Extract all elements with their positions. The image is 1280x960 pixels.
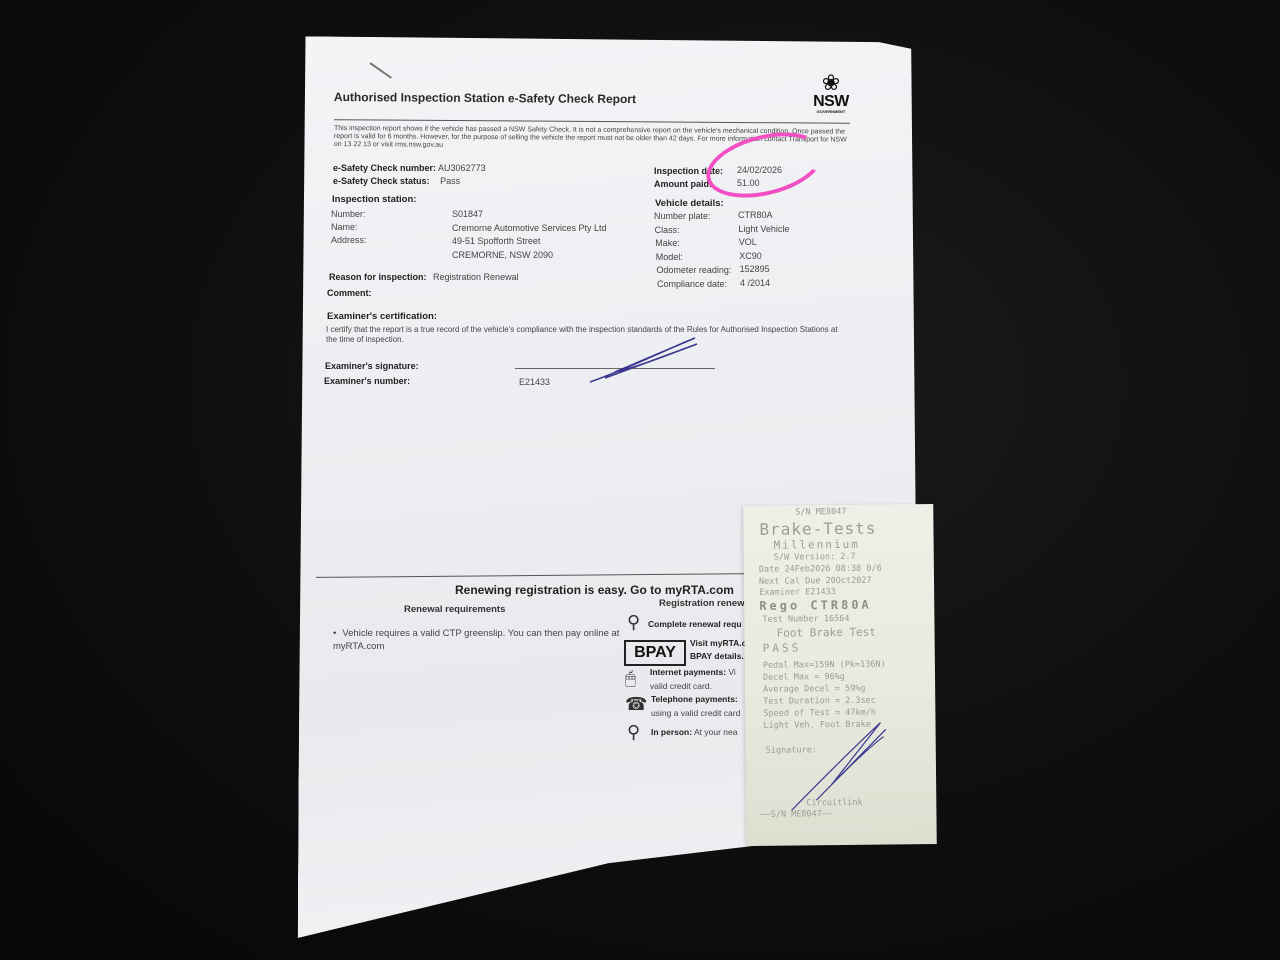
mouse-icon: 🖱 xyxy=(625,668,636,689)
option-in-person: In person: At your nea xyxy=(651,727,737,737)
receipt-examiner: Examiner E21433 xyxy=(759,587,836,598)
vehicle-field-value: 152895 xyxy=(740,264,770,274)
station-number-label: Number: xyxy=(331,209,366,219)
receipt-next-cal: Next Cal Due 20Oct2027 xyxy=(759,576,872,587)
option-bpay-details: BPAY details. xyxy=(690,651,744,661)
receipt-sw-version: S/W Version: 2.7 xyxy=(774,552,856,563)
vehicle-field-label: Class: xyxy=(655,225,680,235)
examiner-number: E21433 xyxy=(519,377,550,387)
requirements-heading: Renewal requirements xyxy=(404,604,505,615)
vehicle-field-label: Make: xyxy=(655,238,680,248)
receipt-line: Decel Max = 96%g xyxy=(763,672,845,683)
options-heading: Registration renewal xyxy=(659,598,752,609)
comment-label: Comment: xyxy=(327,288,372,298)
vehicle-field-value: CTR80A xyxy=(738,210,773,220)
option-internet: Internet payments: Vi xyxy=(650,667,736,677)
examiner-number-label: Examiner's number: xyxy=(324,376,410,386)
option-complete-renewal: Complete renewal requ xyxy=(648,619,742,629)
waratah-icon: ❀ xyxy=(808,72,854,94)
check-number: AU3062773 xyxy=(438,163,486,173)
receipt-rego: Rego CTR80A xyxy=(759,598,872,613)
person-icon: ⚲ xyxy=(627,612,640,633)
check-status: Pass xyxy=(440,176,460,186)
examiner-signature xyxy=(585,330,705,390)
station-address-line2: CREMORNE, NSW 2090 xyxy=(452,250,553,260)
vehicle-field-label: Odometer reading: xyxy=(656,265,731,275)
brake-test-receipt: S/N ME8047 Brake-Tests Millennium S/W Ve… xyxy=(743,504,937,846)
receipt-test-number: Test Number 16564 xyxy=(762,614,849,625)
station-name-label: Name: xyxy=(331,222,358,232)
station-address-label: Address: xyxy=(331,235,367,245)
signature-label: Examiner's signature: xyxy=(325,361,419,371)
reason-value: Registration Renewal xyxy=(433,272,519,282)
telephone-icon: ☎ xyxy=(625,694,647,715)
receipt-result: PASS xyxy=(763,641,802,654)
option-internet-detail: valid credit card. xyxy=(650,681,712,691)
bpay-logo: BPAY xyxy=(624,640,686,666)
vehicle-field-label: Number plate: xyxy=(654,211,711,221)
requirement-item: •Vehicle requires a valid CTP greenslip.… xyxy=(333,627,623,653)
vehicle-field-value: 4 /2014 xyxy=(740,278,770,288)
receipt-brand: Brake-Tests xyxy=(759,519,876,539)
receipt-maker: Circuitlink xyxy=(806,798,862,809)
receipt-line: Pedal Max=159N (Pk=136N) xyxy=(763,660,886,671)
station-address-line1: 49-51 Spofforth Street xyxy=(452,236,540,246)
station-heading: Inspection station: xyxy=(332,194,416,205)
certification-heading: Examiner's certification: xyxy=(327,311,437,322)
vehicle-field-value: Light Vehicle xyxy=(738,224,789,234)
option-telephone-detail: using a valid credit card xyxy=(651,708,740,718)
vehicle-field-label: Model: xyxy=(656,252,683,262)
renewal-heading: Renewing registration is easy. Go to myR… xyxy=(455,583,734,597)
nsw-government-logo: ❀ NSW GOVERNMENT xyxy=(808,72,854,114)
station-name: Cremorne Automotive Services Pty Ltd xyxy=(452,223,607,233)
person-icon: ⚲ xyxy=(627,722,640,743)
vehicle-field-label: Compliance date: xyxy=(657,279,727,289)
reason-row: Reason for inspection: Registration Rene… xyxy=(329,272,519,282)
receipt-test-name: Foot Brake Test xyxy=(776,626,875,640)
report-title: Authorised Inspection Station e-Safety C… xyxy=(334,90,636,106)
receipt-serial-bottom: ——S/N ME8047—— xyxy=(760,809,832,820)
option-telephone: Telephone payments: xyxy=(651,694,738,704)
vehicle-heading: Vehicle details: xyxy=(655,198,724,209)
receipt-line: Average Decel = 59%g xyxy=(763,684,865,695)
receipt-date: Date 24Feb2026 08:38 0/6 xyxy=(759,564,882,575)
vehicle-field-value: XC90 xyxy=(739,251,762,261)
vehicle-field-value: VOL xyxy=(739,237,757,247)
station-number: S01847 xyxy=(452,209,483,219)
receipt-serial-top: S/N ME8047 xyxy=(795,507,846,518)
receipt-product: Millennium xyxy=(774,538,860,552)
check-number-row: e-Safety Check number: AU3062773 xyxy=(333,163,486,173)
amount-paid-label: Amount paid: xyxy=(654,179,712,189)
receipt-line: Test Duration = 2.3sec xyxy=(763,696,876,707)
check-status-row: e-Safety Check status: Pass xyxy=(333,176,460,186)
